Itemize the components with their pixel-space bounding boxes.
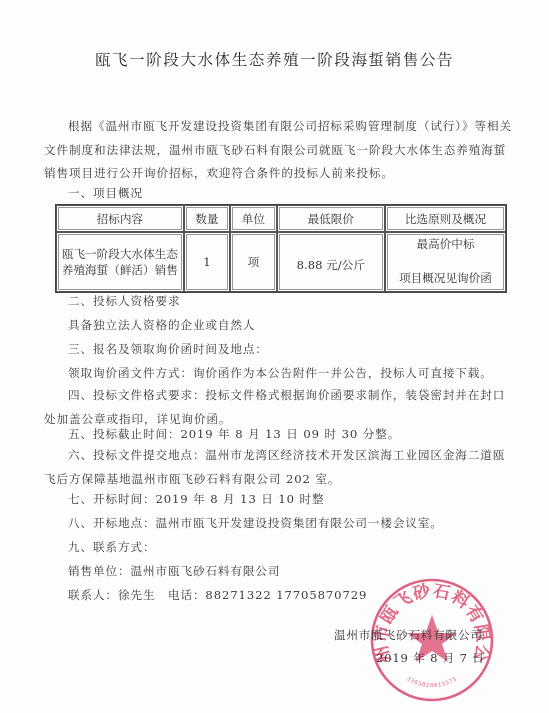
document-title: 瓯飞一阶段大水体生态养殖一阶段海蜇销售公告: [0, 48, 549, 70]
section-8-text: 八、开标地点：温州市瓯飞开发建设投资集团有限公司一楼会议室。: [68, 515, 443, 531]
cell-content: 瓯飞一阶段大水体生态养殖海蜇（鲜活）销售: [56, 232, 184, 292]
project-overview-table: 招标内容 数量 单位 最低限价 比选原则及概况 瓯飞一阶段大水体生态养殖海蜇（鲜…: [55, 204, 507, 293]
signature-date: 2019 年 8 月 7 日: [376, 650, 485, 666]
section-1-heading: 一、项目概况: [68, 185, 143, 201]
section-3-body: 领取询价函文件方式：询价函作为本公告附件一并公告，投标人可直接下载。: [68, 365, 493, 381]
section-9-seller: 销售单位：温州市瓯飞砂石料有限公司: [68, 563, 280, 579]
section-9-contact: 联系人：徐先生 电话：88271322 17705870729: [68, 587, 367, 603]
header-quantity: 数量: [184, 205, 230, 232]
signature-company: 温州市瓯飞砂石料有限公司: [334, 627, 483, 643]
principle-line-2: 项目概况见询价函: [386, 270, 505, 286]
section-2-heading: 二、投标人资格要求: [68, 293, 180, 309]
section-5-text: 五、投标截止时间：2019 年 8 月 13 日 09 时 30 分整。: [68, 426, 400, 442]
header-min-price: 最低限价: [277, 205, 385, 232]
table-header-row: 招标内容 数量 单位 最低限价 比选原则及概况: [56, 205, 506, 232]
section-6-text: 六、投标文件提交地点：温州市龙湾区经济技术开发区滨海工业园区金海二道瓯飞后方保障…: [44, 444, 514, 491]
cell-principle: 最高价中标 项目概况见询价函: [385, 232, 506, 292]
principle-line-1: 最高价中标: [386, 236, 505, 252]
section-2-body: 具备独立法人资格的企业或自然人: [68, 317, 255, 333]
cell-min-price: 8.88 元/公斤: [277, 232, 385, 292]
section-9-heading: 九、联系方式：: [68, 539, 155, 555]
cell-unit: 项: [230, 232, 276, 292]
document-page: 瓯飞一阶段大水体生态养殖一阶段海蜇销售公告 根据《温州市瓯飞开发建设投资集团有限…: [0, 0, 549, 713]
section-4-text: 四、投标文件格式要求：投标文件格式根据询价函要求制作，装袋密封并在封口处加盖公章…: [44, 384, 514, 431]
cell-quantity: 1: [184, 232, 230, 292]
intro-paragraph: 根据《温州市瓯飞开发建设投资集团有限公司招标采购管理制度（试行）》等相关文件制度…: [44, 115, 514, 186]
header-unit: 单位: [230, 205, 276, 232]
svg-text:3303020015575: 3303020015575: [406, 676, 459, 689]
header-principle: 比选原则及概况: [385, 205, 506, 232]
table-row: 瓯飞一阶段大水体生态养殖海蜇（鲜活）销售 1 项 8.88 元/公斤 最高价中标…: [56, 232, 506, 292]
header-content: 招标内容: [56, 205, 184, 232]
section-7-text: 七、开标时间：2019 年 8 月 13 日 10 时整: [68, 491, 325, 507]
section-3-heading: 三、报名及领取询价函时间及地点：: [68, 341, 268, 357]
